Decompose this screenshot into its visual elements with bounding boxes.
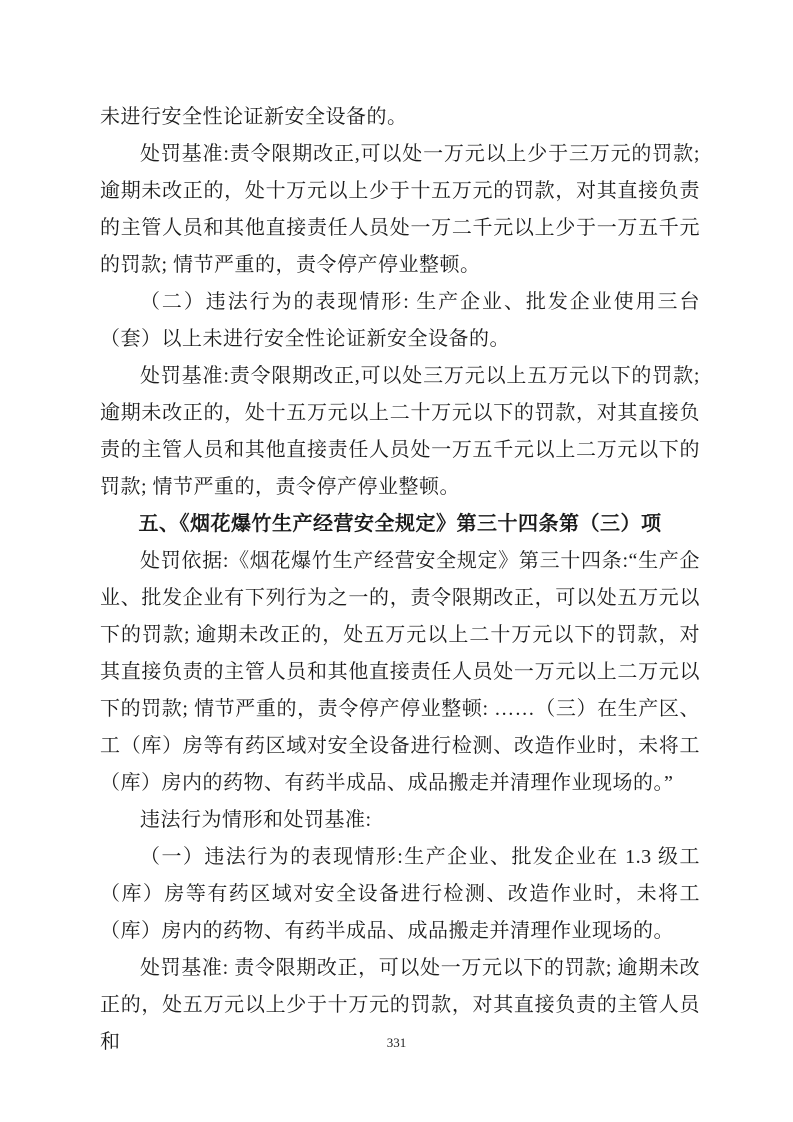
body-paragraph: 处罚基准:责令限期改正,可以处一万元以上少于三万元的罚款; 逾期未改正的，处十万… <box>100 136 700 284</box>
body-paragraph-continuation: 未进行安全性论证新安全设备的。 <box>100 99 700 136</box>
body-paragraph: （一）违法行为的表现情形:生产企业、批发企业在 1.3 级工（库）房等有药区域对… <box>100 839 700 950</box>
body-paragraph: 违法行为情形和处罚基准: <box>100 802 700 839</box>
document-body: 未进行安全性论证新安全设备的。 处罚基准:责令限期改正,可以处一万元以上少于三万… <box>100 99 700 1061</box>
document-page: 未进行安全性论证新安全设备的。 处罚基准:责令限期改正,可以处一万元以上少于三万… <box>0 0 793 1122</box>
body-paragraph: 处罚依据:《烟花爆竹生产经营安全规定》第三十四条:“生产企业、批发企业有下列行为… <box>100 543 700 802</box>
section-heading: 五、《烟花爆竹生产经营安全规定》第三十四条第（三）项 <box>100 506 700 543</box>
body-paragraph: 处罚基准:责令限期改正,可以处三万元以上五万元以下的罚款; 逾期未改正的，处十五… <box>100 358 700 506</box>
body-paragraph: （二）违法行为的表现情形: 生产企业、批发企业使用三台（套）以上未进行安全性论证… <box>100 284 700 358</box>
page-number: 331 <box>0 1035 793 1051</box>
